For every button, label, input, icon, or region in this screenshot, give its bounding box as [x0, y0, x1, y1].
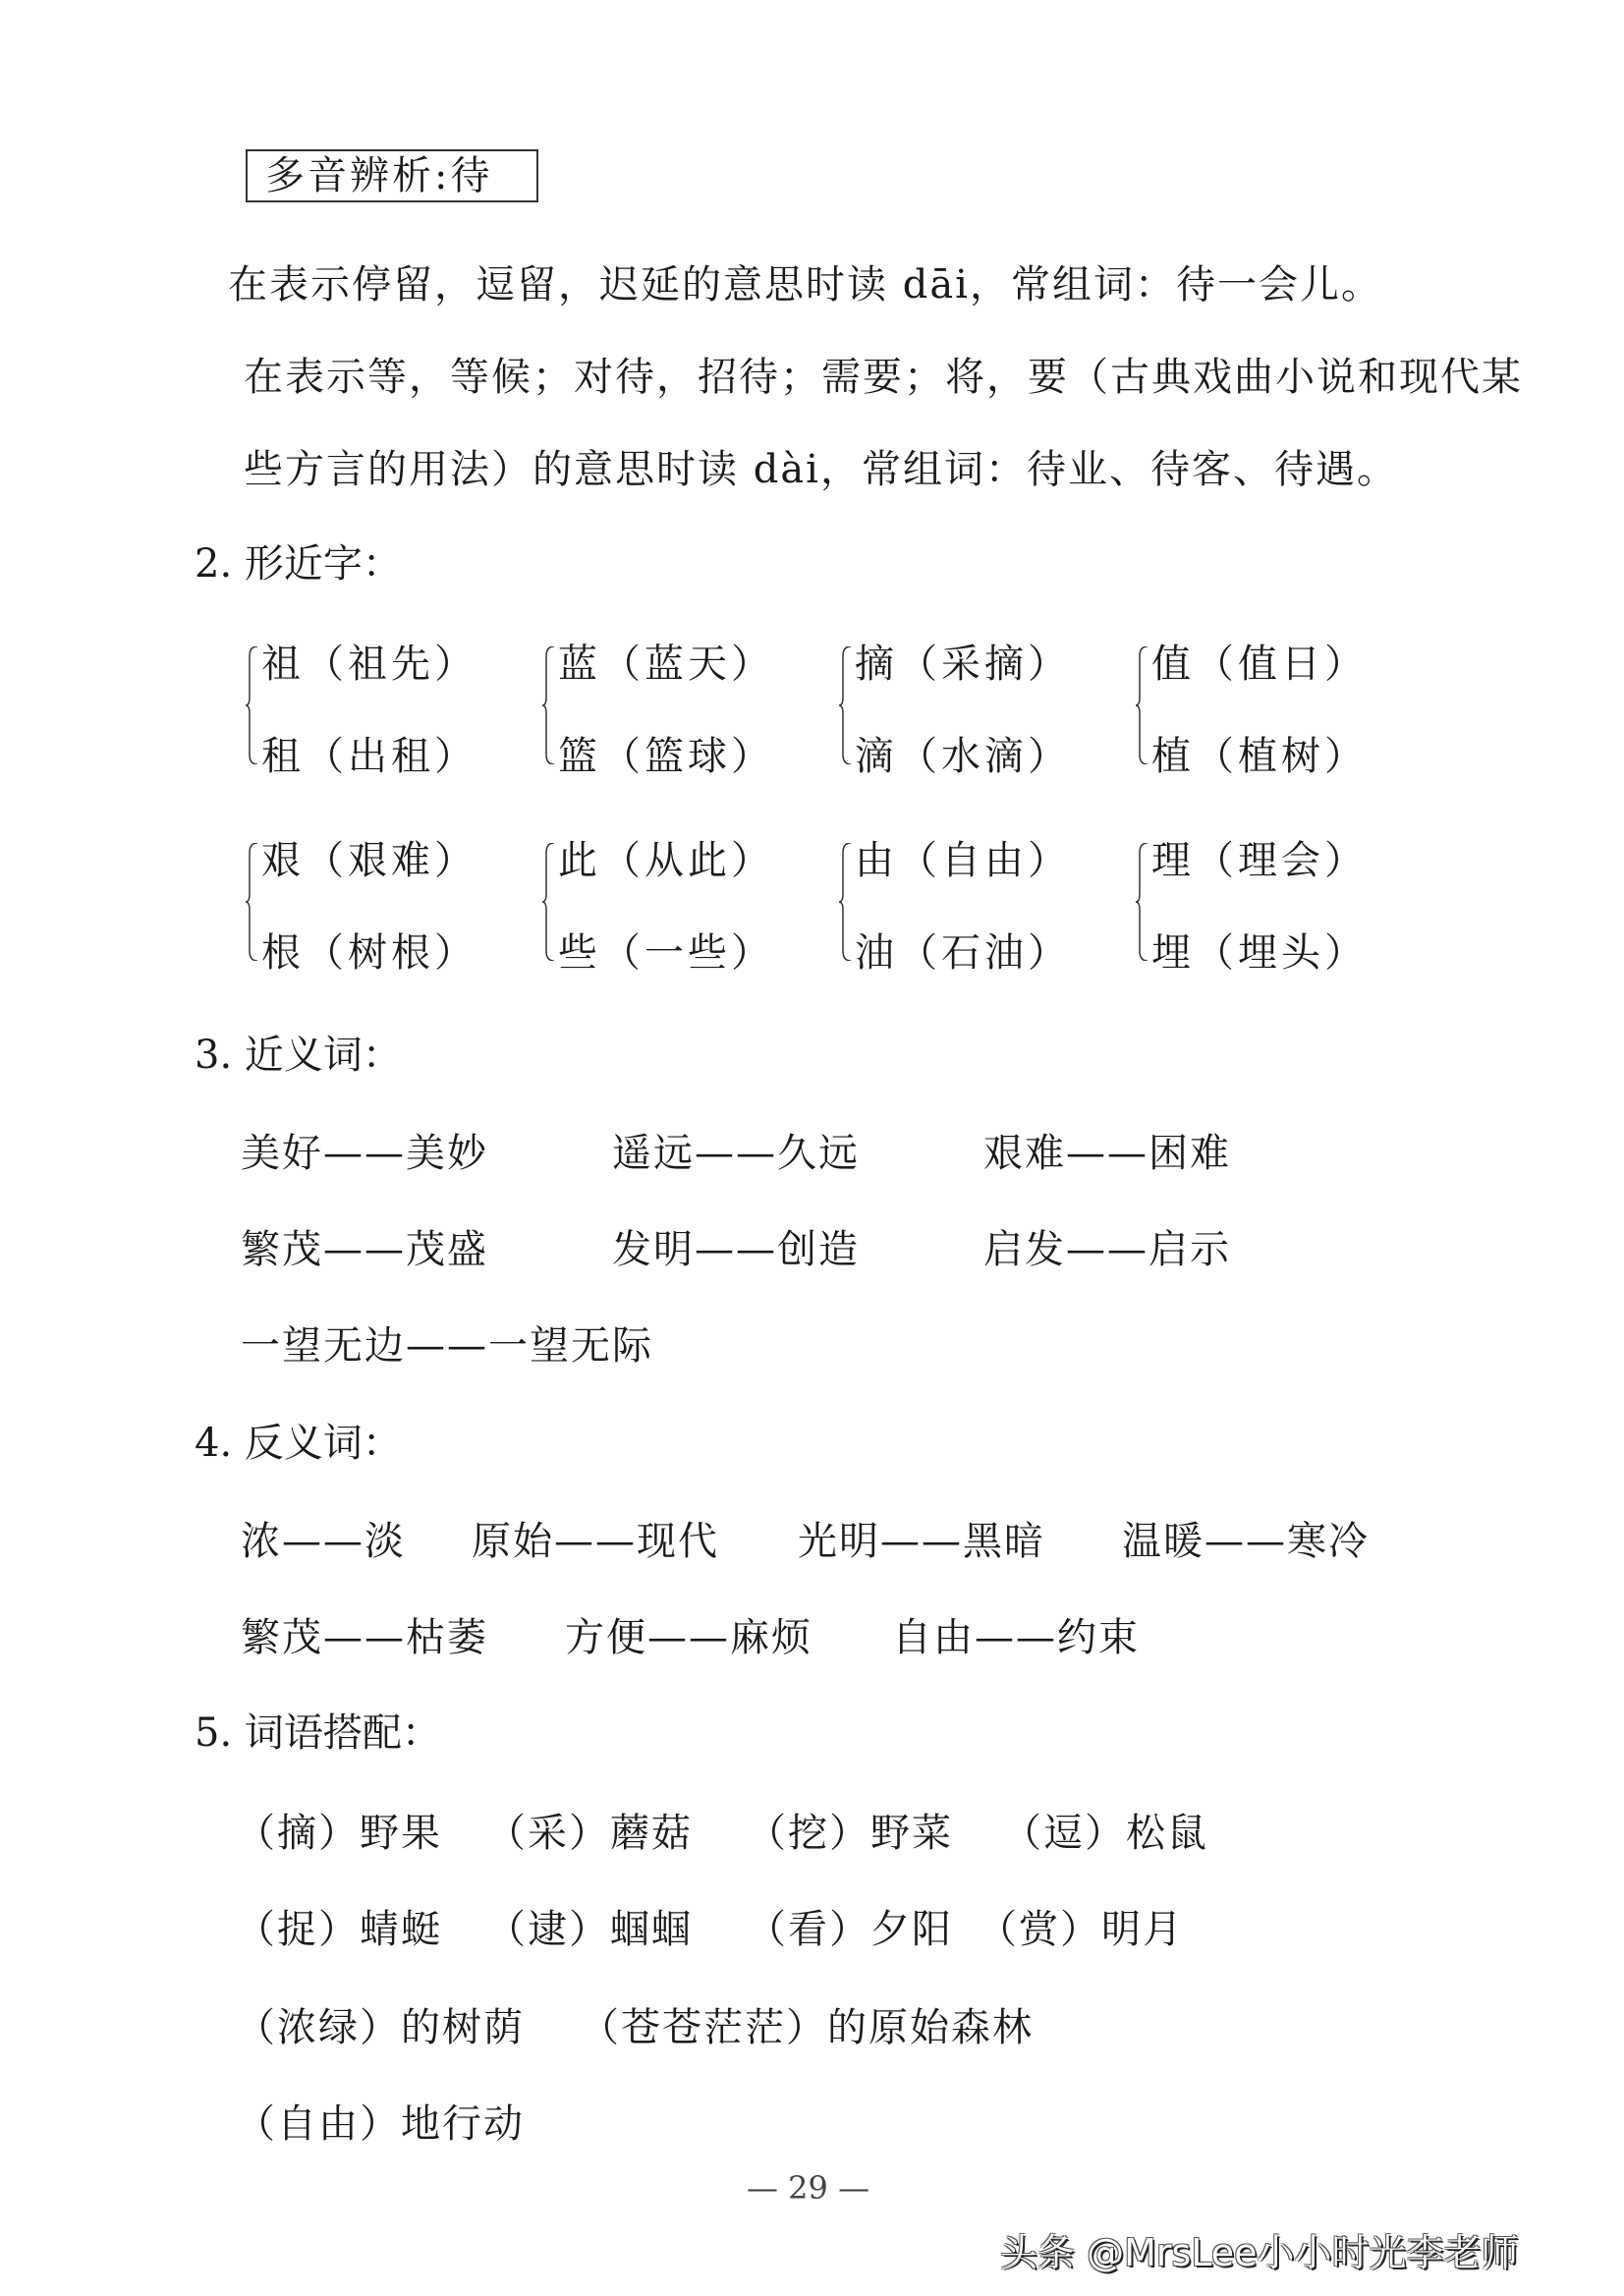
antonym-item: 温暖——寒冷: [1122, 1518, 1370, 1565]
synonym-item: 艰难——困难: [983, 1130, 1231, 1177]
polyphone-title-box: 多音辨析:待: [246, 149, 538, 202]
collocation-item: （浓绿）的树荫: [236, 2004, 525, 2051]
synonym-item: 遥远——久远: [612, 1130, 860, 1177]
synonym-item: 美好——美妙: [241, 1130, 488, 1177]
synonym-item: 繁茂——茂盛: [241, 1226, 488, 1273]
group-top: 祖（祖先）: [261, 641, 477, 688]
collocation-item: （自由）地行动: [236, 2100, 525, 2148]
collocation-item: （苍苍茫茫）的原始森林: [580, 2004, 1034, 2051]
synonym-item: 发明——创造: [612, 1226, 860, 1273]
group-top: 蓝（蓝天）: [558, 641, 774, 688]
group-top: 由（自由）: [855, 837, 1071, 884]
synonyms-heading: 3. 近义词：: [195, 1032, 402, 1079]
antonym-item: 原始——现代: [472, 1518, 719, 1565]
group-bottom: 油（石油）: [855, 929, 1071, 977]
antonym-item: 繁茂——枯萎: [241, 1614, 488, 1661]
watermark: 头条 @MrsLee小小时光李老师: [1000, 2222, 1519, 2276]
similar-char-group: 此（从此） 些（一些）: [542, 837, 798, 965]
brace-icon: [1136, 646, 1149, 764]
brace-icon: [542, 646, 556, 764]
similar-char-group: 摘（采摘） 滴（水滴）: [839, 641, 1094, 768]
group-bottom: 埋（埋头）: [1151, 929, 1368, 977]
brace-icon: [839, 646, 853, 764]
polyphone-line-2: 在表示等，等候；对待，招待；需要；将，要（古典戏曲小说和现代某: [244, 354, 1523, 401]
antonym-item: 浓——淡: [241, 1518, 406, 1565]
collocation-item: （摘）野果: [236, 1810, 442, 1857]
brace-icon: [246, 646, 259, 764]
brace-icon: [246, 843, 259, 961]
group-bottom: 植（植树）: [1151, 733, 1368, 780]
brace-icon: [1136, 843, 1149, 961]
similar-char-group: 艰（艰难） 根（树根）: [246, 837, 501, 965]
collocation-item: （赏）明月: [978, 1906, 1184, 1953]
synonym-item: 一望无边——一望无际: [241, 1322, 653, 1370]
group-top: 值（值日）: [1151, 641, 1368, 688]
similar-chars-heading: 2. 形近字：: [195, 540, 402, 588]
similar-char-group: 理（理会） 埋（埋头）: [1136, 837, 1391, 965]
antonym-item: 光明——黑暗: [798, 1518, 1045, 1565]
group-bottom: 租（出租）: [261, 733, 477, 780]
collocations-heading: 5. 词语搭配：: [195, 1709, 441, 1757]
page-number: — 29 —: [747, 2169, 869, 2207]
group-top: 理（理会）: [1151, 837, 1368, 884]
antonyms-heading: 4. 反义词：: [195, 1420, 402, 1467]
brace-icon: [542, 843, 556, 961]
similar-char-group: 由（自由） 油（石油）: [839, 837, 1094, 965]
group-top: 摘（采摘）: [855, 641, 1071, 688]
collocation-item: （逮）蝈蝈: [486, 1906, 693, 1953]
collocation-item: （看）夕阳: [747, 1906, 953, 1953]
group-bottom: 篮（篮球）: [558, 733, 774, 780]
group-top: 艰（艰难）: [261, 837, 477, 884]
collocation-item: （挖）野菜: [747, 1810, 953, 1857]
polyphone-line-1: 在表示停留，逗留，迟延的意思时读 dāi，常组词：待一会儿。: [228, 261, 1382, 308]
group-top: 此（从此）: [558, 837, 774, 884]
document-page: 多音辨析:待 在表示停留，逗留，迟延的意思时读 dāi，常组词：待一会儿。 在表…: [0, 0, 1624, 2296]
similar-char-group: 值（值日） 植（植树）: [1136, 641, 1391, 768]
antonym-item: 自由——约束: [892, 1614, 1140, 1661]
collocation-item: （逗）松鼠: [1002, 1810, 1208, 1857]
similar-char-group: 祖（祖先） 租（出租）: [246, 641, 501, 768]
group-bottom: 滴（水滴）: [855, 733, 1071, 780]
brace-icon: [839, 843, 853, 961]
antonym-item: 方便——麻烦: [565, 1614, 812, 1661]
collocation-item: （采）蘑菇: [486, 1810, 693, 1857]
group-bottom: 些（一些）: [558, 929, 774, 977]
collocation-item: （捉）蜻蜓: [236, 1906, 442, 1953]
similar-char-group: 蓝（蓝天） 篮（篮球）: [542, 641, 798, 768]
synonym-item: 启发——启示: [983, 1226, 1231, 1273]
group-bottom: 根（树根）: [261, 929, 477, 977]
polyphone-line-3: 些方言的用法）的意思时读 dài，常组词：待业、待客、待遇。: [244, 446, 1398, 493]
